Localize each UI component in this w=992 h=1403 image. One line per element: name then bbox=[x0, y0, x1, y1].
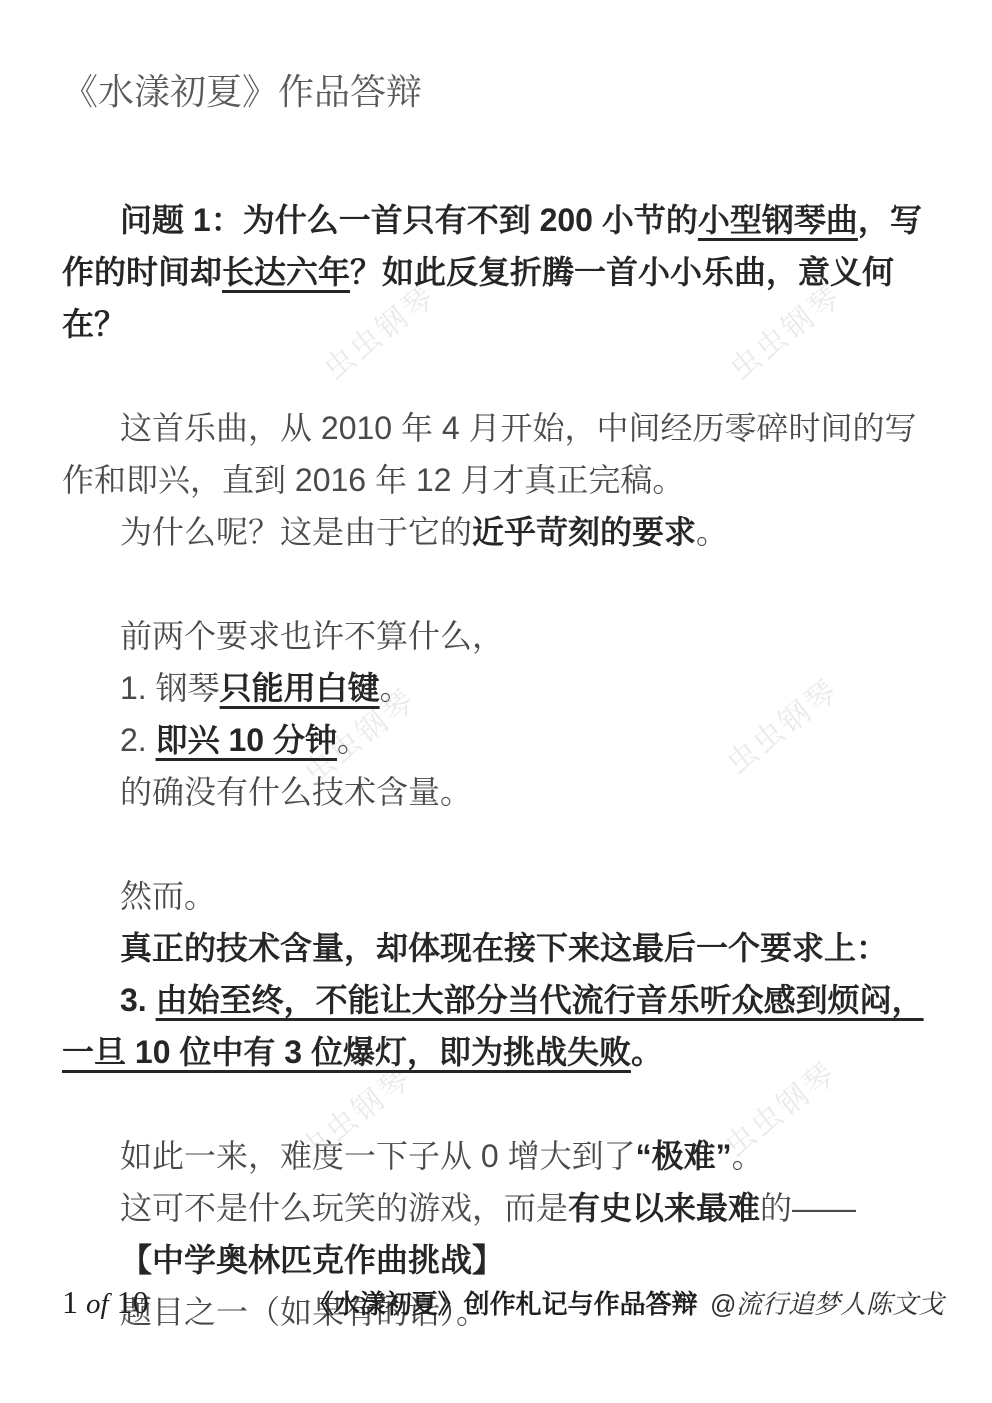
text-run: 为什么呢？这是由于它的 bbox=[120, 514, 472, 550]
text-run-bold: 近乎苛刻的要求 bbox=[472, 514, 696, 550]
text-run: 这可不是什么玩笑的游戏，而是 bbox=[120, 1190, 568, 1226]
text-run: 【中学奥林匹克作曲挑战】 bbox=[120, 1242, 504, 1278]
text-run: 如此一来，难度一下子从 0 增大到了 bbox=[120, 1138, 636, 1174]
text-run-bold-underlined: 只能用白键 bbox=[220, 670, 380, 706]
text-run-bold-underlined: 即兴 10 分钟 bbox=[156, 722, 337, 758]
footer-doc-title: 《水漾初夏》创作札记与作品答辩 bbox=[308, 1289, 698, 1319]
text-run-underlined: 长达六年 bbox=[222, 254, 350, 290]
text-run: 。 bbox=[380, 670, 412, 706]
document-page: 虫虫钢琴 虫虫钢琴 虫虫钢琴 虫虫钢琴 虫虫钢琴 虫虫钢琴 《水漾初夏》作品答辩… bbox=[0, 0, 992, 1403]
text-run: 。 bbox=[732, 1138, 764, 1174]
text-run-bold: “极难” bbox=[636, 1138, 732, 1174]
text-run: 。 bbox=[631, 1034, 663, 1070]
text-run: 1. 钢琴 bbox=[120, 670, 220, 706]
total-pages: 10 bbox=[117, 1284, 149, 1320]
paragraph-why: 为什么呢？这是由于它的近乎苛刻的要求。 bbox=[62, 506, 944, 558]
list-item-1: 1. 钢琴只能用白键。 bbox=[62, 662, 944, 714]
text-run: 然而。 bbox=[120, 878, 216, 914]
text-run: 的—— bbox=[760, 1190, 856, 1226]
question-1-paragraph: 问题 1：为什么一首只有不到 200 小节的小型钢琴曲，写作的时间却长达六年？如… bbox=[62, 194, 944, 350]
blank-line bbox=[62, 818, 944, 870]
footer-credit: 《水漾初夏》创作札记与作品答辩@流行追梦人陈文戈 bbox=[308, 1284, 944, 1324]
text-run-bold: 有史以来最难 bbox=[568, 1190, 760, 1226]
list-item-2: 2. 即兴 10 分钟。 bbox=[62, 714, 944, 766]
text-run: 这首乐曲，从 2010 年 4 月开始，中间经历零碎时间的写作和即兴，直到 20… bbox=[62, 410, 917, 498]
text-run: 。 bbox=[696, 514, 728, 550]
paragraph-not-a-joke: 这可不是什么玩笑的游戏，而是有史以来最难的—— bbox=[62, 1182, 944, 1234]
text-run: 前两个要求也许不算什么， bbox=[120, 618, 504, 654]
paragraph-real-technical-content: 真正的技术含量，却体现在接下来这最后一个要求上： bbox=[62, 922, 944, 974]
text-run: 。 bbox=[337, 722, 369, 758]
text-run: 真正的技术含量，却体现在接下来这最后一个要求上： bbox=[120, 930, 888, 966]
blank-line bbox=[62, 1078, 944, 1130]
blank-line bbox=[62, 350, 944, 402]
paragraph-difficulty: 如此一来，难度一下子从 0 增大到了“极难”。 bbox=[62, 1130, 944, 1182]
document-title: 《水漾初夏》作品答辩 bbox=[62, 66, 944, 118]
paragraph-first-two-requirements: 前两个要求也许不算什么， bbox=[62, 610, 944, 662]
text-run: 3. bbox=[120, 982, 156, 1018]
footer-author: @流行追梦人陈文戈 bbox=[710, 1289, 944, 1319]
page-footer: 1 of 10 《水漾初夏》创作札记与作品答辩@流行追梦人陈文戈 bbox=[62, 1284, 944, 1324]
text-run: 2. bbox=[120, 722, 156, 758]
text-run-underlined: 由始至终，不能让大部分当代流行音乐听众感到烦闷，一旦 10 位中有 3 位爆灯，… bbox=[62, 982, 924, 1070]
paragraph-no-technical-content: 的确没有什么技术含量。 bbox=[62, 766, 944, 818]
text-run: 问题 1：为什么一首只有不到 200 小节的 bbox=[120, 202, 698, 238]
page-number: 1 bbox=[62, 1284, 78, 1320]
paragraph-composition-timeline: 这首乐曲，从 2010 年 4 月开始，中间经历零碎时间的写作和即兴，直到 20… bbox=[62, 402, 944, 506]
page-indicator: 1 of 10 bbox=[62, 1284, 149, 1321]
document-body: 《水漾初夏》作品答辩 问题 1：为什么一首只有不到 200 小节的小型钢琴曲，写… bbox=[62, 66, 944, 1338]
text-run: 的确没有什么技术含量。 bbox=[120, 774, 472, 810]
blank-line bbox=[62, 558, 944, 610]
list-item-3: 3. 由始至终，不能让大部分当代流行音乐听众感到烦闷，一旦 10 位中有 3 位… bbox=[62, 974, 944, 1078]
of-label: of bbox=[86, 1288, 109, 1320]
paragraph-however: 然而。 bbox=[62, 870, 944, 922]
text-run-underlined: 小型钢琴曲 bbox=[698, 202, 858, 238]
paragraph-challenge-name: 【中学奥林匹克作曲挑战】 bbox=[62, 1234, 944, 1286]
